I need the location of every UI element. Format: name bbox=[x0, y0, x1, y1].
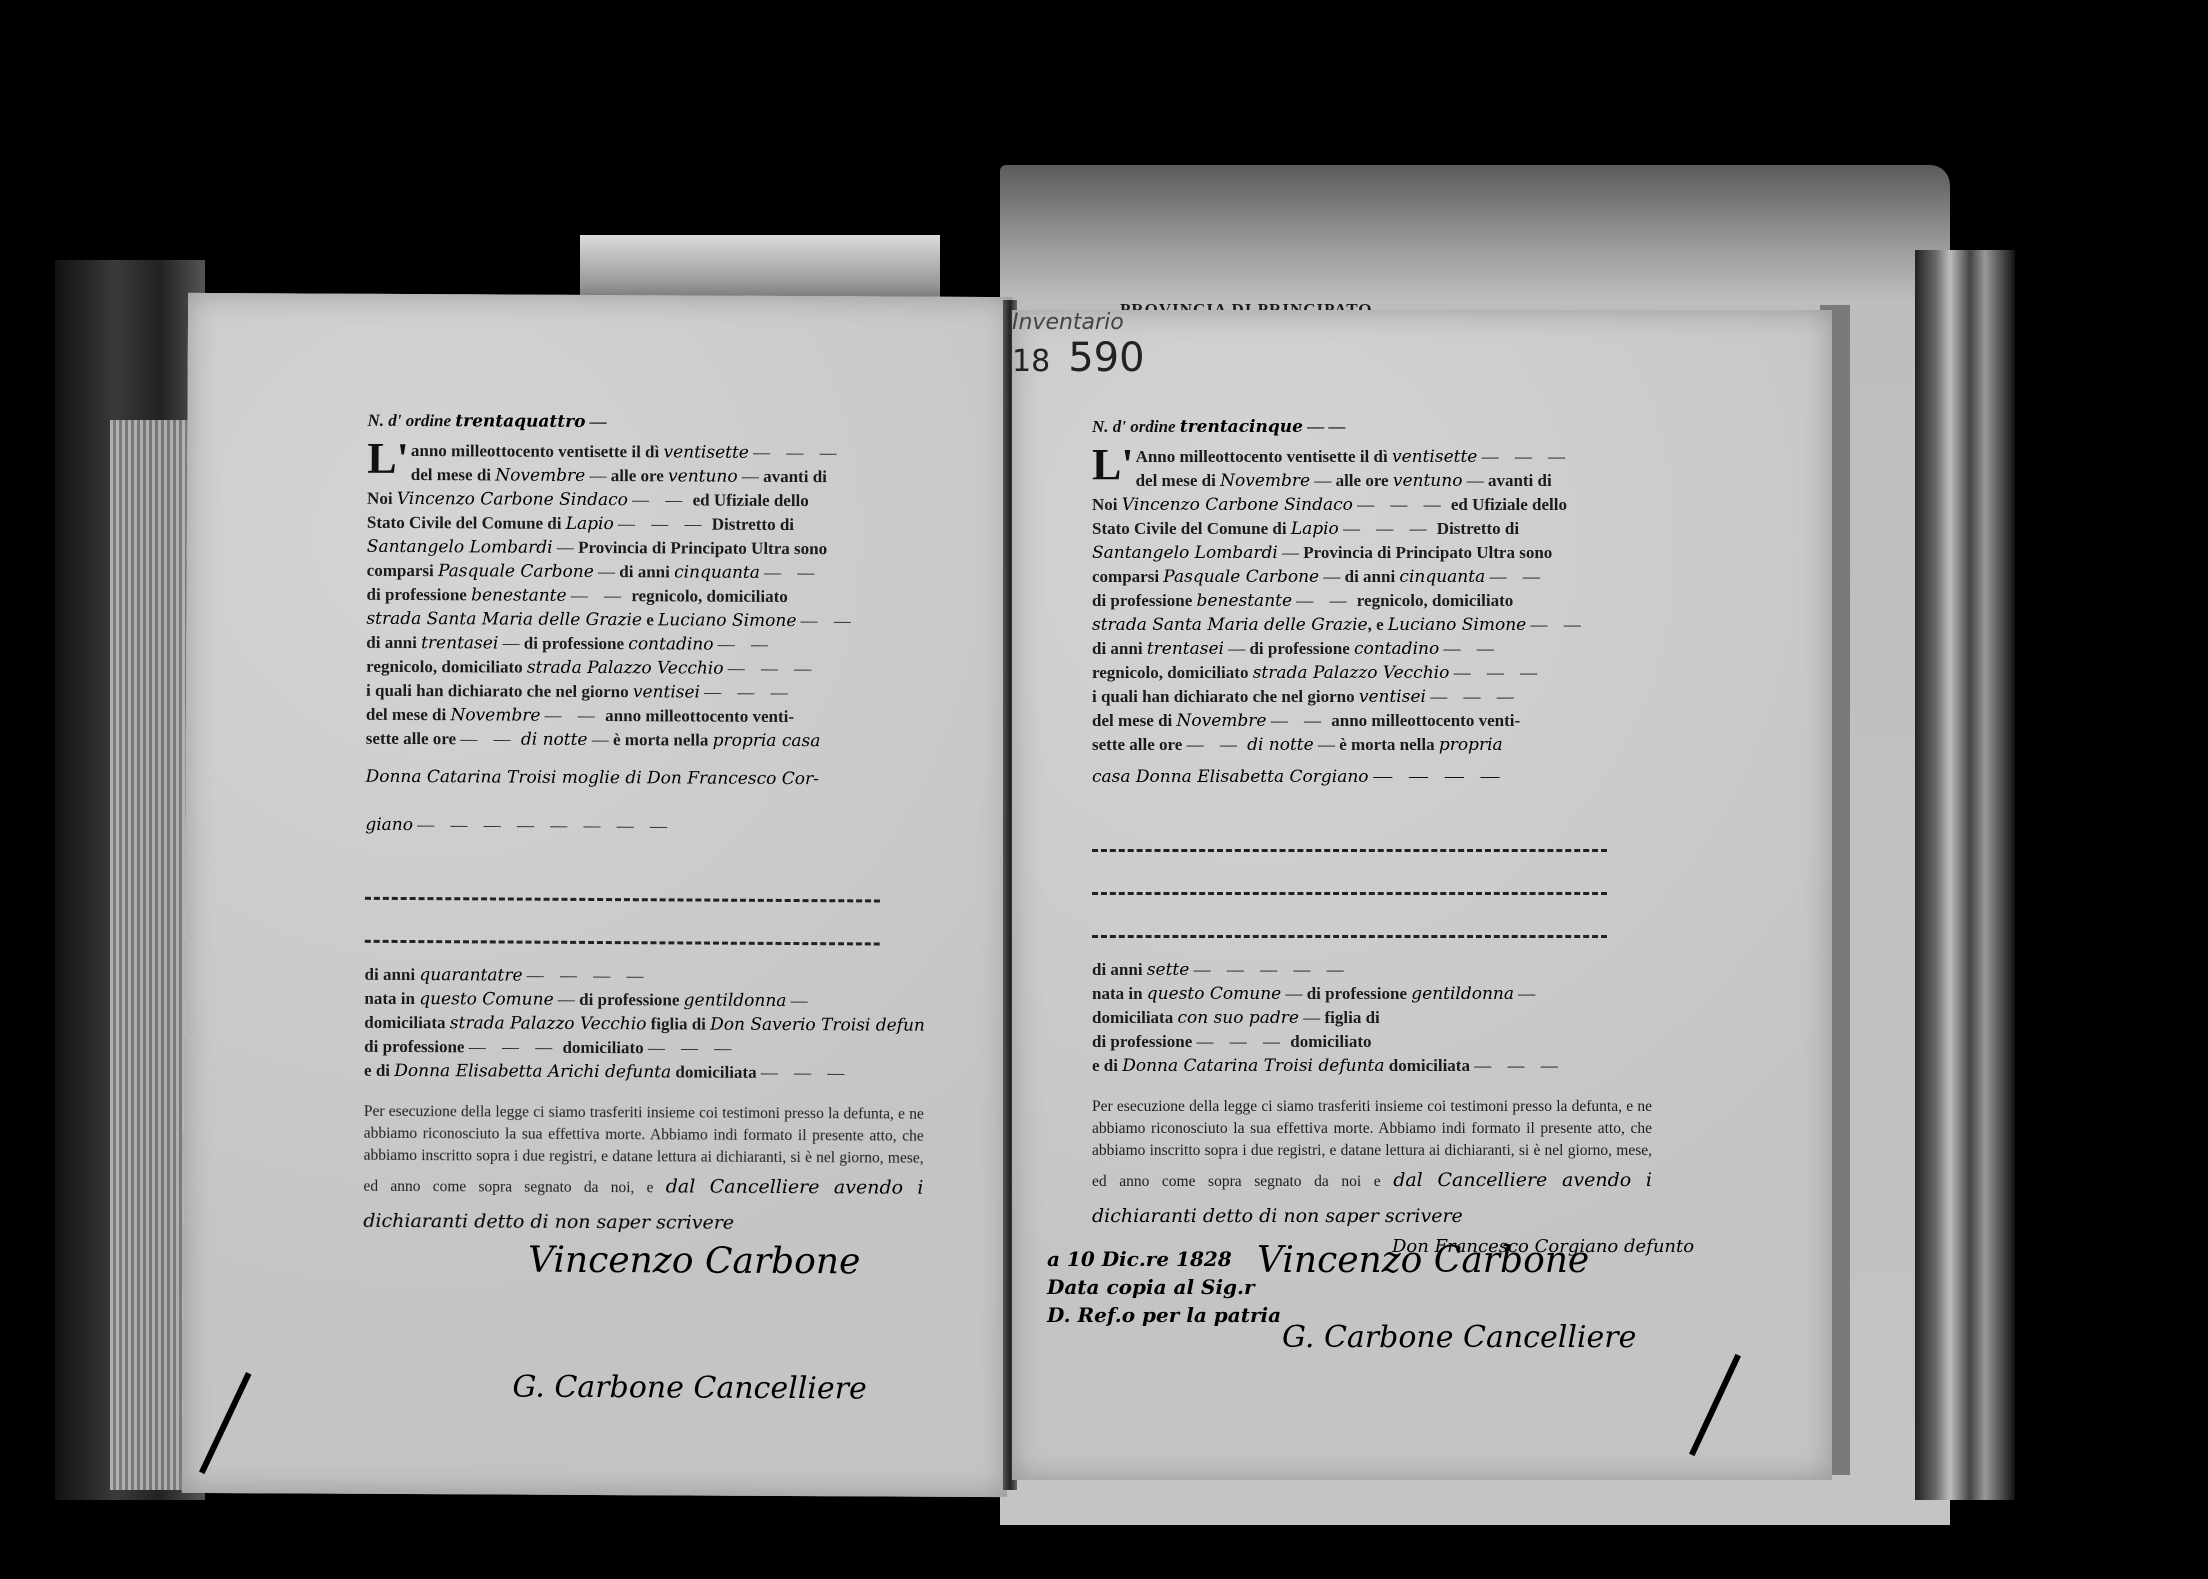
order-number: N. d' ordine trentaquattro — bbox=[367, 409, 927, 436]
page-number-value: 590 bbox=[1068, 335, 1144, 381]
order-value: trentacinque bbox=[1180, 417, 1303, 437]
blank-dashed-lines bbox=[1092, 809, 1652, 938]
page-clip-mark bbox=[1689, 1354, 1741, 1456]
deceased-details: di anni quarantatre — — — — nata in ques… bbox=[364, 963, 925, 1086]
mayor-signature: Vincenzo Carbone bbox=[528, 1240, 860, 1283]
closing-paragraph: Per esecuzione della legge ci siamo tras… bbox=[1092, 1096, 1652, 1234]
drop-cap: L' bbox=[367, 439, 409, 479]
deceased-details: di anni sette — — — — — nata in questo C… bbox=[1092, 958, 1652, 1078]
right-page: N. d' ordine trentacinque — — L' Anno mi… bbox=[1012, 310, 1832, 1480]
archive-stamp: Inventario bbox=[1012, 310, 1832, 335]
annotation-date: a 10 Dic.re 1828 bbox=[1047, 1245, 1281, 1273]
copy-annotation: a 10 Dic.re 1828 Data copia al Sig.r D. … bbox=[1047, 1245, 1281, 1329]
order-label: N. d' ordine bbox=[367, 411, 451, 430]
left-death-record: N. d' ordine trentaquattro — L' anno mil… bbox=[363, 409, 927, 1242]
book-page-edges-left bbox=[110, 420, 190, 1490]
record-body: L' Anno milleottocento ventisette il dì … bbox=[1092, 445, 1652, 789]
drop-cap: L' bbox=[1092, 445, 1134, 485]
order-value: trentaquattro bbox=[455, 411, 585, 432]
right-death-record: N. d' ordine trentacinque — — L' Anno mi… bbox=[1092, 415, 1652, 1234]
deceased-name: Donna Catarina Troisi moglie di Don Fran… bbox=[366, 767, 819, 789]
page-clip-mark bbox=[199, 1372, 251, 1474]
left-page: N. d' ordine trentaquattro — L' anno mil… bbox=[182, 293, 1013, 1497]
record-body: L' anno milleottocento ventisette il dì … bbox=[365, 439, 927, 840]
closing-paragraph: Per esecuzione della legge ci siamo tras… bbox=[363, 1101, 924, 1242]
clerk-signature: G. Carbone Cancelliere bbox=[512, 1370, 867, 1407]
clerk-signature: G. Carbone Cancelliere bbox=[1282, 1320, 1636, 1355]
order-label: N. d' ordine bbox=[1092, 417, 1176, 436]
book-right-binding bbox=[1915, 250, 2015, 1500]
deceased-name: casa Donna Elisabetta Corgiano bbox=[1092, 767, 1369, 787]
page-number-prefix: 18 bbox=[1012, 344, 1050, 379]
order-number: N. d' ordine trentacinque — — bbox=[1092, 415, 1652, 439]
blank-dashed-lines bbox=[365, 857, 925, 946]
annotation-line-2: Data copia al Sig.r bbox=[1047, 1273, 1281, 1301]
mayor-signature: Vincenzo Carbone bbox=[1257, 1240, 1589, 1281]
page-number: 18590 bbox=[1012, 335, 1832, 381]
annotation-line-3: D. Ref.o per la patria bbox=[1047, 1301, 1281, 1329]
